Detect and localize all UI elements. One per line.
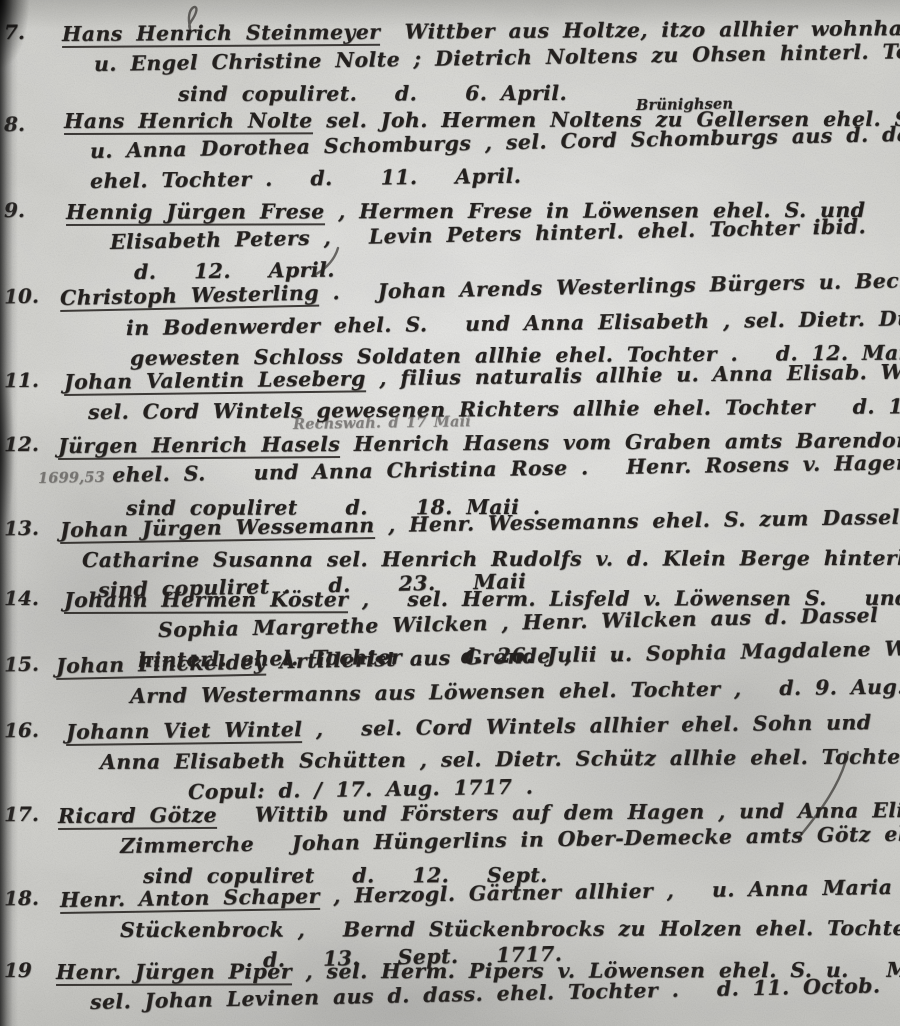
register-entry: 15.Johan Finckeldey Artillerist aus Gron… bbox=[0, 650, 896, 710]
text-segment: 1699,53 bbox=[38, 469, 112, 487]
scan-edge-blot bbox=[0, 370, 14, 530]
text-segment: , filius naturalis allhie u. Anna Elisab… bbox=[366, 359, 900, 391]
underlined-name: Jürgen Henrich Hasels bbox=[58, 432, 340, 460]
underlined-name: Henr. Jürgen Piper bbox=[56, 959, 292, 986]
scan-corner-shadow bbox=[0, 0, 30, 70]
text-segment: ehel. Tochter . d. 11. April. bbox=[90, 164, 522, 193]
underlined-name: Johan Jürgen Wessemann bbox=[60, 513, 375, 544]
underlined-name: Christoph Westerling bbox=[60, 281, 319, 312]
underlined-name: Hans Henrich Steinmeyer bbox=[62, 20, 381, 48]
entries-layer: 7.Hans Henrich Steinmeyer Wittber aus Ho… bbox=[0, 0, 900, 1026]
register-entry: 7.Hans Henrich Steinmeyer Wittber aus Ho… bbox=[0, 18, 896, 108]
underlined-name: Hans Henrich Nolte bbox=[64, 108, 313, 135]
register-entry: 8.BrünighsenHans Henrich Nolte sel. Joh.… bbox=[0, 96, 896, 195]
scanned-register-page: 7.Hans Henrich Steinmeyer Wittber aus Ho… bbox=[0, 0, 900, 1026]
underlined-name: Johann Hermen Köster bbox=[64, 587, 348, 614]
underlined-name: Johan Valentin Leseberg bbox=[64, 366, 366, 396]
text-segment: in Bodenwerder ehel. S. und Anna Elisabe… bbox=[126, 305, 900, 340]
register-entry: 16.Johann Viet Wintel , sel. Cord Wintel… bbox=[0, 716, 896, 806]
register-entry: 11.Johan Valentin Leseberg , filius natu… bbox=[0, 366, 896, 431]
register-entry: 19Henr. Jürgen Piper , sel. Herm. Pipers… bbox=[0, 956, 896, 1016]
entry-line: Arnd Westermanns aus Löwensen ehel. Toch… bbox=[130, 674, 896, 710]
underlined-name: Ricard Götze bbox=[58, 803, 217, 830]
underlined-name: Johann Viet Wintel bbox=[66, 717, 303, 746]
text-segment: , sel. Cord Wintels allhier ehel. Sohn u… bbox=[302, 710, 871, 741]
underlined-name: Hennig Jürgen Frese bbox=[66, 199, 325, 226]
text-segment: Arnd Westermanns aus Löwensen ehel. Toch… bbox=[130, 675, 900, 708]
entry-line: in Bodenwerder ehel. S. und Anna Elisabe… bbox=[126, 306, 896, 342]
entry-line: Johann Viet Wintel , sel. Cord Wintels a… bbox=[66, 709, 896, 746]
entry-line: ehel. Tochter . d. 11. April. bbox=[90, 158, 896, 195]
underlined-name: Henr. Anton Schaper bbox=[60, 884, 320, 914]
underlined-name: Johan Finckeldey bbox=[56, 650, 267, 680]
register-entry: 10.Christoph Westerling . Johan Arends W… bbox=[0, 282, 896, 372]
